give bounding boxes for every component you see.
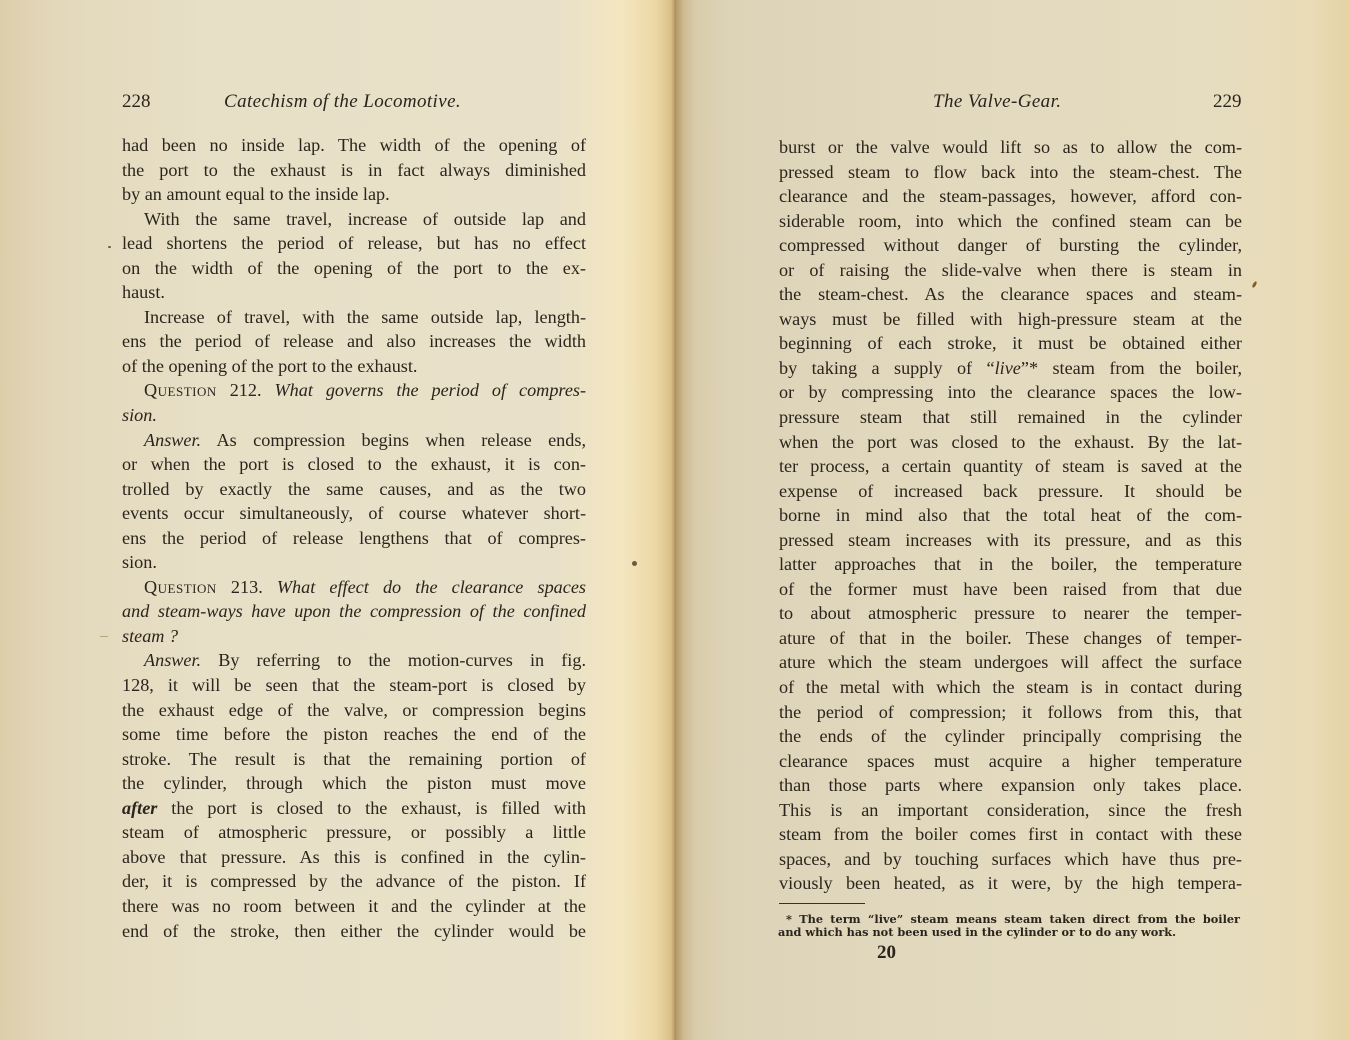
right-page: The Valve-Gear. 229 burst or the valve w… bbox=[676, 0, 1350, 1040]
text-line: had been no inside lap. The width of the… bbox=[122, 133, 586, 158]
text-line: sion. bbox=[122, 550, 586, 575]
text-line: With the same travel, increase of outsid… bbox=[122, 207, 586, 232]
left-page-body: had been no inside lap. The width of the… bbox=[122, 133, 586, 943]
answer-213: Answer. By referring to the motion-curve… bbox=[122, 648, 586, 673]
text-line: siderable room, into which the confined … bbox=[779, 209, 1242, 234]
text-line: end of the stroke, then either the cylin… bbox=[122, 919, 586, 944]
question-text-cont: sion. bbox=[122, 403, 586, 428]
text-line: the ends of the cylinder principally com… bbox=[779, 724, 1242, 749]
text-line: when the port was closed to the exhaust.… bbox=[779, 430, 1242, 455]
text-line: steam of atmospheric pressure, or possib… bbox=[122, 820, 586, 845]
text-line-after: after the port is closed to the exhaust,… bbox=[122, 796, 586, 821]
page-number-right: 229 bbox=[1213, 88, 1242, 116]
text-line: or when the port is closed to the exhaus… bbox=[122, 452, 586, 477]
footnote-reference: ”* steam from the boiler, bbox=[1021, 358, 1242, 378]
text-line: This is an important consideration, sinc… bbox=[779, 798, 1242, 823]
margin-mark bbox=[108, 246, 111, 248]
question-text: What effect do the clearance spaces bbox=[277, 577, 586, 597]
text-line: of the opening of the port to the exhaus… bbox=[122, 354, 586, 379]
text-fragment: by taking a supply of “ bbox=[779, 358, 995, 378]
answer-212: Answer. As compression begins when relea… bbox=[122, 428, 586, 453]
text-line: borne in mind also that the total heat o… bbox=[779, 503, 1242, 528]
text-line: or of raising the slide-valve when there… bbox=[779, 258, 1242, 283]
text-line: the port to the exhaust is in fact alway… bbox=[122, 158, 586, 183]
text-line: steam from the boiler comes first in con… bbox=[779, 822, 1242, 847]
answer-text: By referring to the motion-curves in fig… bbox=[218, 650, 586, 670]
text-line: on the width of the opening of the port … bbox=[122, 256, 586, 281]
question-text-cont: and steam-ways have upon the compression… bbox=[122, 599, 586, 624]
left-running-head: 228 Catechism of the Locomotive. bbox=[122, 88, 592, 116]
right-page-body: burst or the valve would lift so as to a… bbox=[779, 135, 1242, 896]
text-line: spaces, and by touching surfaces which h… bbox=[779, 847, 1242, 872]
emphasis-after: after bbox=[122, 798, 157, 818]
text-line: trolled by exactly the same causes, and … bbox=[122, 477, 586, 502]
question-212: Question 212. What governs the period of… bbox=[122, 378, 586, 403]
running-title-right: The Valve-Gear. bbox=[933, 88, 1061, 116]
text-line: Increase of travel, with the same outsid… bbox=[122, 305, 586, 330]
question-label: Question bbox=[144, 380, 217, 400]
text-line: than those parts where expansion only ta… bbox=[779, 773, 1242, 798]
text-line: ways must be filled with high-pressure s… bbox=[779, 307, 1242, 332]
text-line: or by compressing into the clearance spa… bbox=[779, 380, 1242, 405]
text-line: 128, it will be seen that the steam-port… bbox=[122, 673, 586, 698]
text-line: expense of increased back pressure. It s… bbox=[779, 479, 1242, 504]
text-line: of the former must have been raised from… bbox=[779, 577, 1242, 602]
question-text: What governs the period of compres- bbox=[274, 380, 586, 400]
text-line: of the metal with which the steam is in … bbox=[779, 675, 1242, 700]
text-line: ens the period of release lengthens that… bbox=[122, 526, 586, 551]
question-label: Question bbox=[144, 577, 217, 597]
text-line: ature of that in the boiler. These chang… bbox=[779, 626, 1242, 651]
text-line: lead shortens the period of release, but… bbox=[122, 231, 586, 256]
book-spread: 228 Catechism of the Locomotive. had bee… bbox=[0, 0, 1350, 1040]
text-line: by an amount equal to the inside lap. bbox=[122, 182, 586, 207]
text-line: there was no room between it and the cyl… bbox=[122, 894, 586, 919]
text-line: events occur simultaneously, of course w… bbox=[122, 501, 586, 526]
answer-text: As compression begins when release ends, bbox=[217, 430, 586, 450]
text-line: clearance spaces must acquire a higher t… bbox=[779, 749, 1242, 774]
question-text-cont: steam ? bbox=[122, 624, 586, 649]
running-title-left: Catechism of the Locomotive. bbox=[224, 88, 461, 116]
text-line: haust. bbox=[122, 280, 586, 305]
signature-mark: 20 bbox=[877, 942, 896, 964]
text-line: pressed steam to flow back into the stea… bbox=[779, 160, 1242, 185]
left-page: 228 Catechism of the Locomotive. had bee… bbox=[0, 0, 676, 1040]
text-line: the exhaust edge of the valve, or compre… bbox=[122, 698, 586, 723]
page-number-left: 228 bbox=[122, 88, 151, 116]
text-line: ter process, a certain quantity of steam… bbox=[779, 454, 1242, 479]
paper-speck bbox=[1251, 281, 1257, 289]
text-line: viously been heated, as it were, by the … bbox=[779, 871, 1242, 896]
question-number: 212. bbox=[230, 380, 262, 400]
answer-label: Answer. bbox=[144, 650, 201, 670]
answer-label: Answer. bbox=[144, 430, 201, 450]
text-line: der, it is compressed by the advance of … bbox=[122, 869, 586, 894]
text-line-live: by taking a supply of “live”* steam from… bbox=[779, 356, 1242, 381]
right-running-head: The Valve-Gear. 229 bbox=[779, 88, 1249, 116]
text-line: stroke. The result is that the remaining… bbox=[122, 747, 586, 772]
margin-mark bbox=[100, 636, 108, 637]
text-line: pressure steam that still remained in th… bbox=[779, 405, 1242, 430]
emphasis-live: live bbox=[995, 358, 1021, 378]
text-line: some time before the piston reaches the … bbox=[122, 722, 586, 747]
text-line: compressed without danger of bursting th… bbox=[779, 233, 1242, 258]
footnote-line: and which has not been used in the cylin… bbox=[778, 926, 1240, 939]
footnote: * The term “live” steam means steam take… bbox=[778, 913, 1240, 939]
text-line: clearance and the steam-passages, howeve… bbox=[779, 184, 1242, 209]
text-line: ens the period of release and also incre… bbox=[122, 329, 586, 354]
footnote-rule bbox=[779, 903, 865, 904]
text-line: the steam-chest. As the clearance spaces… bbox=[779, 282, 1242, 307]
question-number: 213. bbox=[231, 577, 263, 597]
question-213: Question 213. What effect do the clearan… bbox=[122, 575, 586, 600]
text-line: to about atmospheric pressure to nearer … bbox=[779, 601, 1242, 626]
text-line: the cylinder, through which the piston m… bbox=[122, 771, 586, 796]
text-line: beginning of each stroke, it must be obt… bbox=[779, 331, 1242, 356]
text-line: the period of compression; it follows fr… bbox=[779, 700, 1242, 725]
text-line: burst or the valve would lift so as to a… bbox=[779, 135, 1242, 160]
text-line: latter approaches that in the boiler, th… bbox=[779, 552, 1242, 577]
margin-mark bbox=[632, 561, 637, 566]
text-line: pressed steam increases with its pressur… bbox=[779, 528, 1242, 553]
text-fragment: the port is closed to the exhaust, is fi… bbox=[171, 798, 586, 818]
text-line: ature which the steam undergoes will aff… bbox=[779, 650, 1242, 675]
text-line: above that pressure. As this is confined… bbox=[122, 845, 586, 870]
